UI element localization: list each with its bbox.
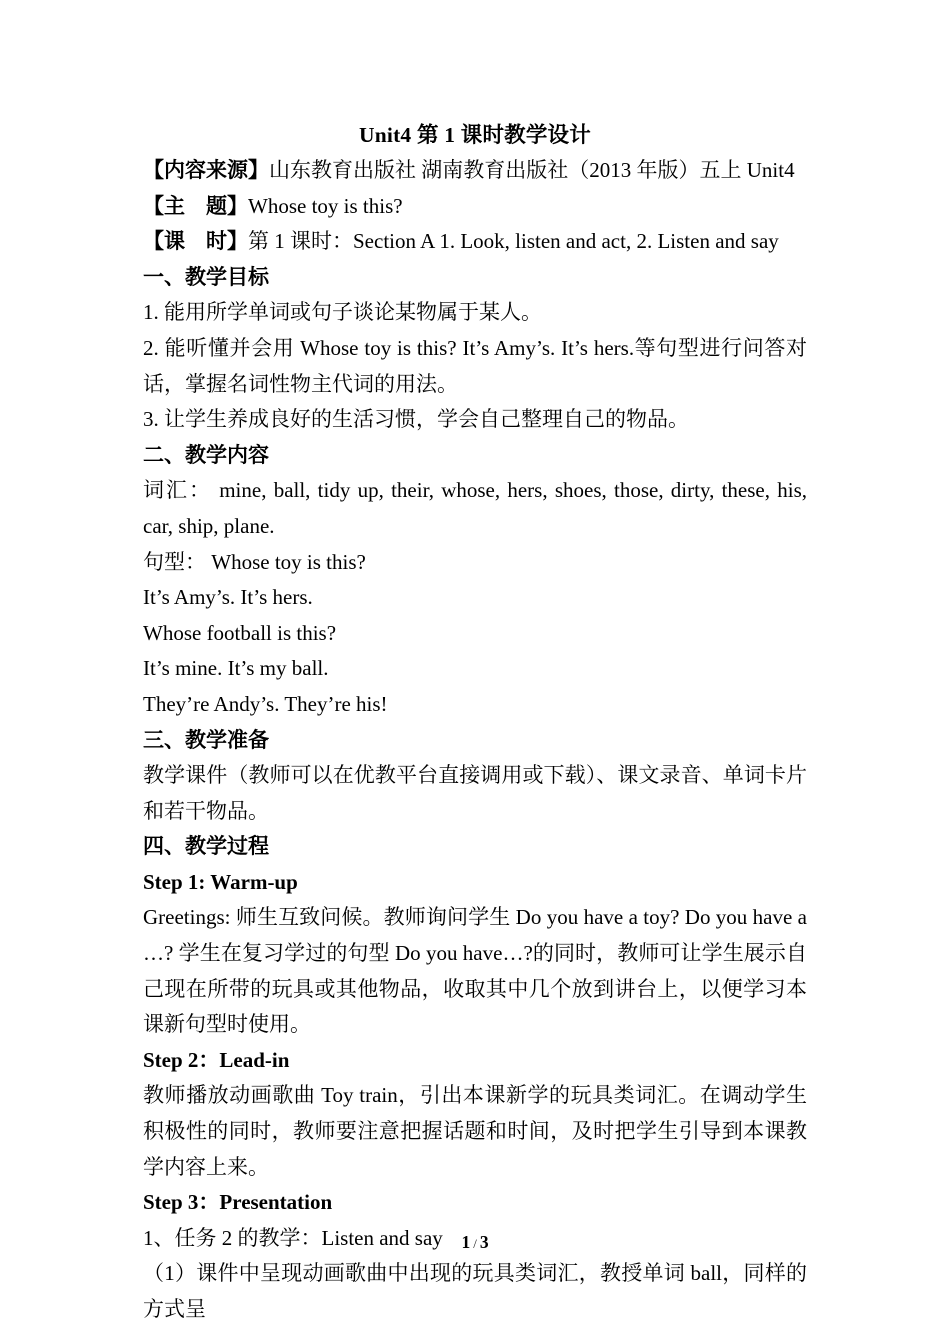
document-page: Unit4 第 1 课时教学设计 【内容来源】山东教育出版社 湖南教育出版社（2… xyxy=(0,0,950,1344)
body-paragraph: 词汇： mine, ball, tidy up, their, whose, h… xyxy=(143,473,807,544)
page-number: 1/3 xyxy=(0,1230,950,1256)
body-paragraph: 句型： Whose toy is this? xyxy=(143,545,807,581)
meta-value-topic: Whose toy is this? xyxy=(248,194,403,218)
document-title: Unit4 第 1 课时教学设计 xyxy=(143,117,807,153)
body-paragraph: 教学课件（教师可以在优教平台直接调用或下载）、课文录音、单词卡片和若干物品。 xyxy=(143,758,807,829)
meta-line-topic: 【主 题】Whose toy is this? xyxy=(143,189,807,225)
section-heading-process: 四、教学过程 xyxy=(143,829,807,865)
body-paragraph: Greetings: 师生互致问候。教师询问学生 Do you have a t… xyxy=(143,900,807,1042)
meta-value-source: 山东教育出版社 湖南教育出版社（2013 年版）五上 Unit4 xyxy=(269,158,795,182)
body-paragraph: 1. 能用所学单词或句子谈论某物属于某人。 xyxy=(143,295,807,331)
section-heading-contents: 二、教学内容 xyxy=(143,438,807,474)
meta-label-source: 【内容来源】 xyxy=(143,158,269,182)
step-heading-presentation: Step 3：Presentation xyxy=(143,1185,807,1221)
body-paragraph: They’re Andy’s. They’re his! xyxy=(143,687,807,723)
body-paragraph: 教师播放动画歌曲 Toy train，引出本课新学的玩具类词汇。在调动学生积极性… xyxy=(143,1078,807,1185)
meta-line-source: 【内容来源】山东教育出版社 湖南教育出版社（2013 年版）五上 Unit4 xyxy=(143,153,807,189)
meta-label-period: 【课 时】 xyxy=(143,229,248,253)
body-paragraph: Whose football is this? xyxy=(143,616,807,652)
section-heading-preparation: 三、教学准备 xyxy=(143,723,807,759)
step-heading-warm-up: Step 1: Warm-up xyxy=(143,865,807,901)
meta-value-period: 第 1 课时：Section A 1. Look, listen and act… xyxy=(248,229,779,253)
page-number-separator: / xyxy=(470,1236,480,1251)
page-number-current: 1 xyxy=(461,1232,470,1252)
body-paragraph: （1）课件中呈现动画歌曲中出现的玩具类词汇，教授单词 ball，同样的方式呈 xyxy=(143,1256,807,1327)
page-number-total: 3 xyxy=(480,1232,489,1252)
meta-line-period: 【课 时】第 1 课时：Section A 1. Look, listen an… xyxy=(143,224,807,260)
step-heading-lead-in: Step 2：Lead-in xyxy=(143,1043,807,1079)
document-body: Unit4 第 1 课时教学设计 【内容来源】山东教育出版社 湖南教育出版社（2… xyxy=(143,117,807,1328)
body-paragraph: It’s Amy’s. It’s hers. xyxy=(143,580,807,616)
section-heading-objectives: 一、教学目标 xyxy=(143,260,807,296)
body-paragraph: 2. 能听懂并会用 Whose toy is this? It’s Amy’s.… xyxy=(143,331,807,402)
body-paragraph: 3. 让学生养成良好的生活习惯，学会自己整理自己的物品。 xyxy=(143,402,807,438)
meta-label-topic: 【主 题】 xyxy=(143,194,248,218)
body-paragraph: It’s mine. It’s my ball. xyxy=(143,651,807,687)
